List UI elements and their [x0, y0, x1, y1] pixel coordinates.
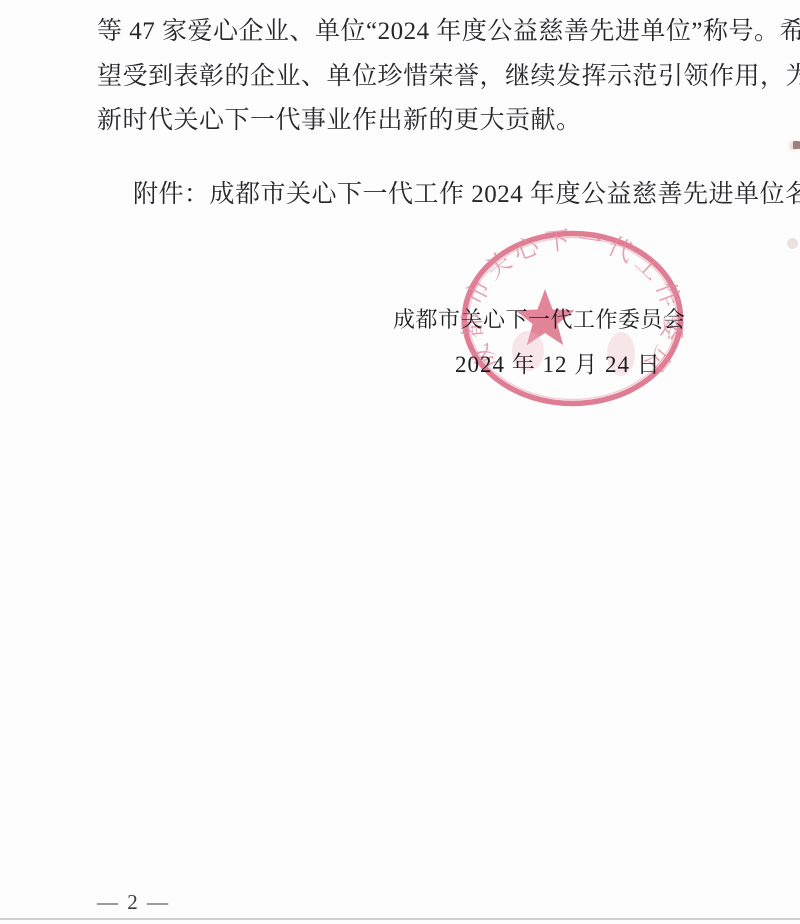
signature-line: 成都市关心下一代工作委员会 — [393, 303, 686, 334]
body-paragraph: 等 47 家爱心企业、单位“2024 年度公益慈善先进单位”称号。希 望受到表彰… — [97, 10, 745, 144]
scanned-document-page: 等 47 家爱心企业、单位“2024 年度公益慈善先进单位”称号。希 望受到表彰… — [0, 0, 800, 924]
bottom-edge-line — [0, 918, 800, 920]
attachment-line: 附件：成都市关心下一代工作 2024 年度公益慈善先进单位名单 — [133, 174, 800, 210]
page-number: — 2 — — [97, 890, 170, 915]
paragraph-line: 等 47 家爱心企业、单位“2024 年度公益慈善先进单位”称号。希 — [97, 10, 745, 55]
scan-artifact-icon — [793, 141, 800, 149]
paragraph-line: 望受到表彰的企业、单位珍惜荣誉，继续发挥示范引领作用，为 — [97, 55, 745, 100]
scan-artifact-icon — [787, 238, 798, 249]
date-line: 2024 年 12 月 24 日 — [455, 346, 661, 379]
paragraph-line: 新时代关心下一代事业作出新的更大贡献。 — [97, 99, 745, 144]
